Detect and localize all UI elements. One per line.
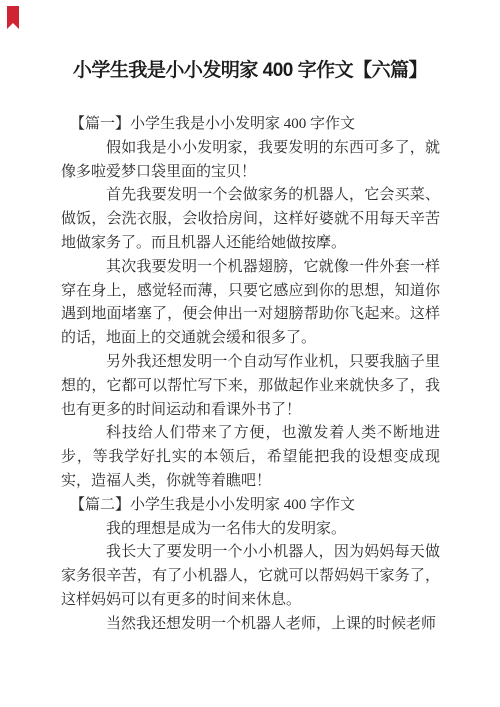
essay-section-2: 【篇二】小学生我是小小发明家 400 字作文 我的理想是成为一名伟大的发明家。 … <box>61 494 440 637</box>
bookmark-icon <box>7 6 19 29</box>
paragraph: 我的理想是成为一名伟大的发明家。 <box>61 518 440 542</box>
paragraph: 当然我还想发明一个机器人老师，上课的时候老师 <box>61 613 440 637</box>
essay-section-1: 【篇一】小学生我是小小发明家 400 字作文 假如我是小小发明家，我要发明的东西… <box>61 113 440 494</box>
section-heading: 【篇二】小学生我是小小发明家 400 字作文 <box>61 494 440 518</box>
paragraph: 另外我还想发明一个自动写作业机，只要我脑子里想的，它都可以帮忙写下来，那做起作业… <box>61 351 440 422</box>
paragraph: 科技给人们带来了方便，也激发着人类不断地进步，等我学好扎实的本领后，希望能把我的… <box>61 422 440 493</box>
section-heading: 【篇一】小学生我是小小发明家 400 字作文 <box>61 113 440 137</box>
paragraph: 首先我要发明一个会做家务的机器人，它会买菜、做饭，会洗衣服，会收拾房间，这样好婆… <box>61 184 440 255</box>
paragraph: 我长大了要发明一个小小机器人，因为妈妈每天做家务很辛苦，有了小机器人，它就可以帮… <box>61 541 440 612</box>
paragraph: 其次我要发明一个机器翅膀，它就像一件外套一样穿在身上，感觉轻而薄，只要它感应到你… <box>61 256 440 351</box>
paragraph: 假如我是小小发明家，我要发明的东西可多了，就像多啦爱梦口袋里面的宝贝！ <box>61 137 440 185</box>
document-body: 【篇一】小学生我是小小发明家 400 字作文 假如我是小小发明家，我要发明的东西… <box>61 113 440 637</box>
document-page: 小学生我是小小发明家 400 字作文【六篇】 【篇一】小学生我是小小发明家 40… <box>0 0 500 707</box>
document-title: 小学生我是小小发明家 400 字作文【六篇】 <box>0 57 500 85</box>
